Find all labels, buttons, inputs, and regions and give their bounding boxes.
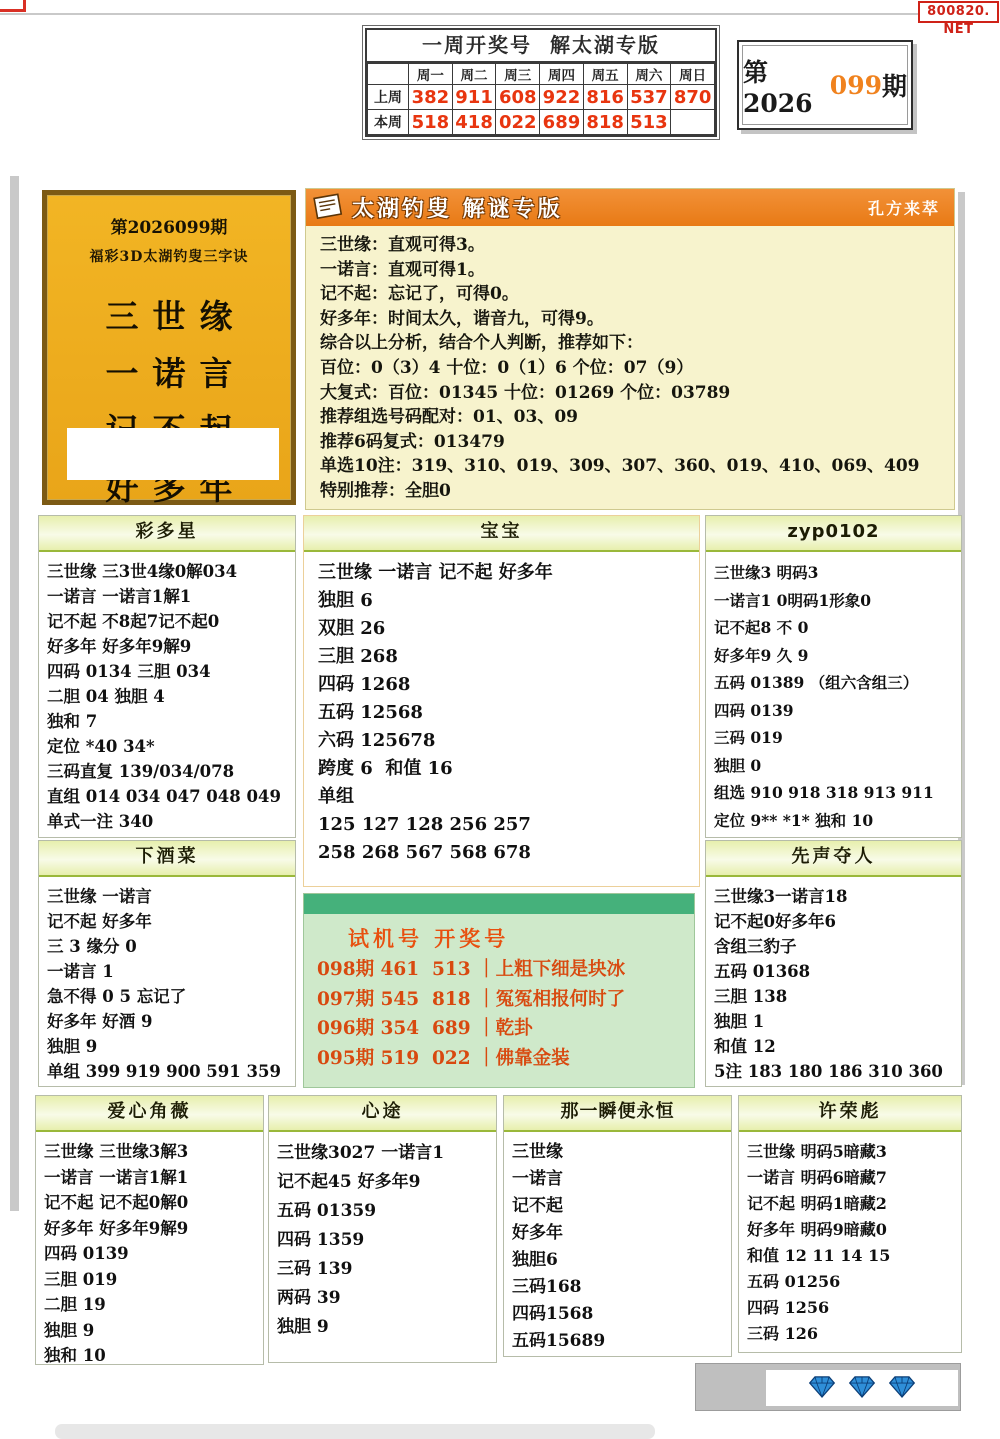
weekday-header: 周三 bbox=[496, 64, 540, 85]
text-line: 三世缘3一诺言18 bbox=[714, 884, 953, 909]
panel-body: 三世缘 一诺言 记不起 好多年 独胆6 三码168 四码1568 五码15689 bbox=[504, 1132, 731, 1357]
panel-xiansheng: 先声夺人 三世缘3一诺言18 记不起0好多年6 含组三豹子 五码 01368 三… bbox=[705, 840, 962, 1087]
text-line: 好多年 好酒 9 bbox=[47, 1009, 287, 1034]
text-line: 记不起0好多年6 bbox=[714, 909, 953, 934]
text-line: 特别推荐：全胆0 bbox=[320, 479, 940, 504]
text-line: 急不得 0 5 忘记了 bbox=[47, 984, 287, 1009]
weekly-draw-grid: 周一 周二 周三 周四 周五 周六 周日 上周 382 911 608 922 … bbox=[367, 63, 715, 135]
panel-title-right: 孔方来萃 bbox=[868, 196, 940, 219]
text-line: 好多年 好多年9解9 bbox=[47, 634, 287, 659]
text-line: 独胆 0 bbox=[714, 752, 953, 780]
text-line: 百位：0（3）4 十位：0（1）6 个位：07（9） bbox=[320, 356, 940, 381]
text-line: 定位 9** *1* 独和 10 bbox=[714, 807, 953, 835]
text-line: 四码1568 bbox=[512, 1301, 723, 1328]
diamond-icon bbox=[848, 1375, 876, 1402]
text-line: 四码 1256 bbox=[747, 1295, 953, 1321]
taihu-panel-body: 三世缘：直观可得3。 一诺言：直观可得1。 记不起：忘记了，可得0。 好多年：时… bbox=[306, 226, 954, 511]
text-line: 好多年：时间太久，谐音九，可得9。 bbox=[320, 307, 940, 332]
issue-prefix: 第2026 bbox=[743, 53, 830, 118]
text-line: 三码直复 139/034/078 bbox=[47, 759, 287, 784]
text-line: 组选 910 918 318 913 911 bbox=[714, 779, 953, 807]
row-label: 本周 bbox=[368, 110, 409, 135]
top-divider-line bbox=[0, 13, 985, 15]
text-line: 三世缘 三3世4缘0解034 bbox=[47, 559, 287, 584]
text-line: 记不起：忘记了，可得0。 bbox=[320, 282, 940, 307]
text-line: 三世缘 一诺言 bbox=[47, 884, 287, 909]
text-line: 含组三豹子 bbox=[714, 934, 953, 959]
text-line: 一诺言 一诺言1解1 bbox=[44, 1165, 255, 1191]
panel-xiajiucai: 下酒菜 三世缘 一诺言 记不起 好多年 三 3 缘分 0 一诺言 1 急不得 0… bbox=[38, 840, 296, 1087]
text-line: 单选10注：319、310、019、309、307、360、019、410、06… bbox=[320, 454, 940, 479]
panel-xintu: 心途 三世缘3027 一诺言1 记不起45 好多年9 五码 01359 四码 1… bbox=[268, 1095, 497, 1363]
panel-xiansheng-title: 先声夺人 bbox=[706, 841, 961, 877]
draw-number-cell: 418 bbox=[452, 110, 496, 135]
panel-caiduoxing: 彩多星 三世缘 三3世4缘0解034 一诺言 一诺言1解1 记不起 不8起7记不… bbox=[38, 515, 296, 838]
blank-strip bbox=[67, 428, 279, 480]
diamond-link-box[interactable] bbox=[766, 1370, 958, 1406]
text-line: 四码 1359 bbox=[277, 1226, 488, 1255]
text-line: 二胆 19 bbox=[44, 1292, 255, 1318]
text-line: 记不起 明码1暗藏2 bbox=[747, 1191, 953, 1217]
draw-number-cell: 816 bbox=[583, 85, 627, 110]
site-badge[interactable]: 800820. NET bbox=[918, 1, 999, 23]
corner-mark bbox=[0, 0, 26, 12]
panel-body: 三世缘 三世缘3解3 一诺言 一诺言1解1 记不起 记不起0解0 好多年 好多年… bbox=[36, 1132, 263, 1365]
scrollbar-artifact bbox=[10, 176, 19, 1211]
text-line: 一诺言 1 bbox=[47, 959, 287, 984]
text-line: 好多年9 久 9 bbox=[714, 642, 953, 670]
text-line: 125 127 128 256 257 bbox=[318, 811, 691, 839]
card-issue: 第2026099期 bbox=[47, 213, 291, 238]
text-line: 三胆 019 bbox=[44, 1267, 255, 1293]
text-line: 三世缘3027 一诺言1 bbox=[277, 1139, 488, 1168]
text-line: 一诺言 bbox=[512, 1166, 723, 1193]
row-label: 上周 bbox=[368, 85, 409, 110]
text-line: 一诺言 一诺言1解1 bbox=[47, 584, 287, 609]
text-line: 一诺言1 0明码1形象0 bbox=[714, 587, 953, 615]
text-line: 好多年 bbox=[512, 1220, 723, 1247]
text-line: 五码 01359 bbox=[277, 1197, 488, 1226]
text-line: 记不起45 好多年9 bbox=[277, 1168, 488, 1197]
weekday-header: 周五 bbox=[583, 64, 627, 85]
text-line: 一诺言：直观可得1。 bbox=[320, 258, 940, 283]
text-line: 跨度 6 和值 16 bbox=[318, 755, 691, 783]
draw-number-cell: 922 bbox=[540, 85, 584, 110]
text-line: 三码 139 bbox=[277, 1255, 488, 1284]
text-line: 和值 12 bbox=[714, 1034, 953, 1059]
text-line: 五码 01256 bbox=[747, 1269, 953, 1295]
newspaper-icon bbox=[312, 190, 347, 225]
text-line: 记不起8 不 0 bbox=[714, 614, 953, 642]
panel-xiajiucai-title: 下酒菜 bbox=[39, 841, 295, 877]
bottom-bar-artifact bbox=[55, 1424, 655, 1439]
text-line: 单组 bbox=[318, 783, 691, 811]
text-line: 独胆 9 bbox=[47, 1034, 287, 1059]
draw-number-cell: 911 bbox=[452, 85, 496, 110]
draw-history-row: 097期 545 818 ｜冤冤相报何时了 bbox=[304, 985, 694, 1015]
draw-number-cell bbox=[671, 110, 715, 135]
text-line: 5注 183 180 186 310 360 bbox=[714, 1059, 953, 1084]
draw-number-cell: 689 bbox=[540, 110, 584, 135]
draw-history-panel: 试机号 开奖号 098期 461 513 ｜上粗下细是块冰 097期 545 8… bbox=[303, 893, 695, 1088]
text-line: 三世缘 三世缘3解3 bbox=[44, 1139, 255, 1165]
text-line: 独胆 1 bbox=[714, 1009, 953, 1034]
text-line: 推荐6码复式：013479 bbox=[320, 430, 940, 455]
text-line: 单组 399 919 900 591 359 bbox=[47, 1059, 287, 1084]
draw-number-cell: 513 bbox=[627, 110, 671, 135]
weekday-header: 周一 bbox=[409, 64, 453, 85]
text-line: 三码 126 bbox=[747, 1321, 953, 1347]
golden-verse-card: 第2026099期 福彩3D太湖钓叟三字诀 三世缘 一诺言 记不起 好多年 bbox=[42, 190, 296, 505]
draw-number-cell: 382 bbox=[409, 85, 453, 110]
draw-history-row: 096期 354 689 ｜乾卦 bbox=[304, 1014, 694, 1044]
text-line: 五码 01389 （组六含组三） bbox=[714, 669, 953, 697]
weekly-draw-title: 一周开奖号 解太湖专版 bbox=[367, 30, 715, 63]
text-line: 258 268 567 568 678 bbox=[318, 839, 691, 867]
text-line: 三码168 bbox=[512, 1274, 723, 1301]
diamond-icon bbox=[888, 1375, 916, 1402]
verse-line: 三世缘 bbox=[47, 288, 291, 345]
draw-number-cell: 870 bbox=[671, 85, 715, 110]
panel-body: 三世缘 三3世4缘0解034 一诺言 一诺言1解1 记不起 不8起7记不起0 好… bbox=[39, 552, 295, 838]
text-line: 独胆6 bbox=[512, 1247, 723, 1274]
panel-xurong: 许荣彪 三世缘 明码5暗藏3 一诺言 明码6暗藏7 记不起 明码1暗藏2 好多年… bbox=[738, 1095, 962, 1353]
text-line: 综合以上分析，结合个人判断，推荐如下： bbox=[320, 331, 940, 356]
text-line: 单式一注 340 bbox=[47, 809, 287, 834]
panel-body: 三世缘 一诺言 记不起 好多年 三 3 缘分 0 一诺言 1 急不得 0 5 忘… bbox=[39, 877, 295, 1087]
text-line: 三世缘 bbox=[512, 1139, 723, 1166]
text-line: 独胆 9 bbox=[277, 1313, 488, 1342]
draw-panel-top-band bbox=[304, 894, 694, 914]
text-line: 三世缘：直观可得3。 bbox=[320, 233, 940, 258]
text-line: 五码 01368 bbox=[714, 959, 953, 984]
table-row: 上周 382 911 608 922 816 537 870 bbox=[368, 85, 715, 110]
draw-number-cell: 022 bbox=[496, 110, 540, 135]
diamond-bar bbox=[695, 1363, 961, 1411]
text-line: 二胆 04 独胆 4 bbox=[47, 684, 287, 709]
issue-highlight: 099 bbox=[830, 71, 882, 100]
table-row: 本周 518 418 022 689 818 513 bbox=[368, 110, 715, 135]
empty-cell bbox=[368, 64, 409, 85]
text-line: 独胆 9 bbox=[44, 1318, 255, 1344]
draw-number-cell: 518 bbox=[409, 110, 453, 135]
issue-number-box: 第2026099期 bbox=[737, 40, 913, 130]
draw-number-cell: 608 bbox=[496, 85, 540, 110]
panel-body: 三世缘 一诺言 记不起 好多年 独胆 6 双胆 26 三胆 268 四码 126… bbox=[304, 552, 699, 874]
diamond-icon bbox=[808, 1375, 836, 1402]
panel-zyp0102-title: zyp0102 bbox=[706, 516, 961, 552]
card-subtitle: 福彩3D太湖钓叟三字诀 bbox=[47, 246, 291, 266]
draw-history-row: 095期 519 022 ｜佛靠金装 bbox=[304, 1044, 694, 1074]
text-line: 三码 019 bbox=[714, 724, 953, 752]
taihu-main-panel: 太湖钓叟 解谜专版 孔方来萃 三世缘：直观可得3。 一诺言：直观可得1。 记不起… bbox=[305, 188, 955, 510]
text-line: 双胆 26 bbox=[318, 615, 691, 643]
draw-panel-header: 试机号 开奖号 bbox=[348, 923, 694, 953]
text-line: 好多年 好多年9解9 bbox=[44, 1216, 255, 1242]
panel-body: 三世缘3027 一诺言1 记不起45 好多年9 五码 01359 四码 1359… bbox=[269, 1132, 496, 1349]
taihu-panel-header: 太湖钓叟 解谜专版 孔方来萃 bbox=[306, 189, 954, 226]
text-line: 三世缘 明码5暗藏3 bbox=[747, 1139, 953, 1165]
weekly-draw-table: 一周开奖号 解太湖专版 周一 周二 周三 周四 周五 周六 周日 上周 382 … bbox=[365, 28, 717, 137]
text-line: 独和 10 bbox=[44, 1343, 255, 1365]
text-line: 推荐组选号码配对：01、03、09 bbox=[320, 405, 940, 430]
weekday-header: 周四 bbox=[540, 64, 584, 85]
panel-baobao: 宝宝 三世缘 一诺言 记不起 好多年 独胆 6 双胆 26 三胆 268 四码 … bbox=[303, 515, 700, 887]
weekday-header: 周日 bbox=[671, 64, 715, 85]
text-line: 记不起 不8起7记不起0 bbox=[47, 609, 287, 634]
text-line: 和值 12 11 14 15 bbox=[747, 1243, 953, 1269]
text-line: 四码 0139 bbox=[714, 697, 953, 725]
text-line: 三胆 138 bbox=[714, 984, 953, 1009]
text-line: 两码 39 bbox=[277, 1284, 488, 1313]
text-line: 记不起 好多年 bbox=[47, 909, 287, 934]
text-line: 六码 125678 bbox=[318, 727, 691, 755]
verse-line: 一诺言 bbox=[47, 345, 291, 402]
text-line: 记不起 bbox=[512, 1193, 723, 1220]
panel-nayishun: 那一瞬便永恒 三世缘 一诺言 记不起 好多年 独胆6 三码168 四码1568 … bbox=[503, 1095, 732, 1357]
text-line: 好多年 明码9暗藏0 bbox=[747, 1217, 953, 1243]
panel-aixin: 爱心角薇 三世缘 三世缘3解3 一诺言 一诺言1解1 记不起 记不起0解0 好多… bbox=[35, 1095, 264, 1365]
text-line: 独和 7 bbox=[47, 709, 287, 734]
panel-body: 三世缘3 明码3 一诺言1 0明码1形象0 记不起8 不 0 好多年9 久 9 … bbox=[706, 552, 961, 838]
text-line: 三 3 缘分 0 bbox=[47, 934, 287, 959]
text-line: 记不起 记不起0解0 bbox=[44, 1190, 255, 1216]
text-line: 直组 014 034 047 048 049 bbox=[47, 784, 287, 809]
panel-xurong-title: 许荣彪 bbox=[739, 1096, 961, 1132]
issue-number: 第2026099期 bbox=[742, 45, 908, 125]
text-line: 大复式：百位：01345 十位：01269 个位：03789 bbox=[320, 381, 940, 406]
text-line: 三胆 268 bbox=[318, 643, 691, 671]
panel-caiduoxing-title: 彩多星 bbox=[39, 516, 295, 552]
panel-title: 太湖钓叟 解谜专版 bbox=[352, 192, 563, 223]
text-line: 三世缘 一诺言 记不起 好多年 bbox=[318, 559, 691, 587]
text-line: 一诺言 明码6暗藏7 bbox=[747, 1165, 953, 1191]
text-line: 四码 0139 bbox=[44, 1241, 255, 1267]
text-line: 三世缘3 明码3 bbox=[714, 559, 953, 587]
panel-nayishun-title: 那一瞬便永恒 bbox=[504, 1096, 731, 1132]
issue-suffix: 期 bbox=[882, 67, 907, 103]
panel-body: 三世缘3一诺言18 记不起0好多年6 含组三豹子 五码 01368 三胆 138… bbox=[706, 877, 961, 1087]
text-line: 四码 1268 bbox=[318, 671, 691, 699]
text-line: 定位 *40 34* bbox=[47, 734, 287, 759]
text-line: 五码 12568 bbox=[318, 699, 691, 727]
draw-history-row: 098期 461 513 ｜上粗下细是块冰 bbox=[304, 955, 694, 985]
draw-number-cell: 537 bbox=[627, 85, 671, 110]
panel-body: 三世缘 明码5暗藏3 一诺言 明码6暗藏7 记不起 明码1暗藏2 好多年 明码9… bbox=[739, 1132, 961, 1353]
panel-aixin-title: 爱心角薇 bbox=[36, 1096, 263, 1132]
text-line: 四码 0134 三胆 034 bbox=[47, 659, 287, 684]
panel-baobao-title: 宝宝 bbox=[304, 516, 699, 552]
weekday-header: 周二 bbox=[452, 64, 496, 85]
weekday-header: 周六 bbox=[627, 64, 671, 85]
draw-number-cell: 818 bbox=[583, 110, 627, 135]
panel-zyp0102: zyp0102 三世缘3 明码3 一诺言1 0明码1形象0 记不起8 不 0 好… bbox=[705, 515, 962, 838]
text-line: 独胆 6 bbox=[318, 587, 691, 615]
panel-xintu-title: 心途 bbox=[269, 1096, 496, 1132]
text-line: 五码15689 bbox=[512, 1328, 723, 1355]
